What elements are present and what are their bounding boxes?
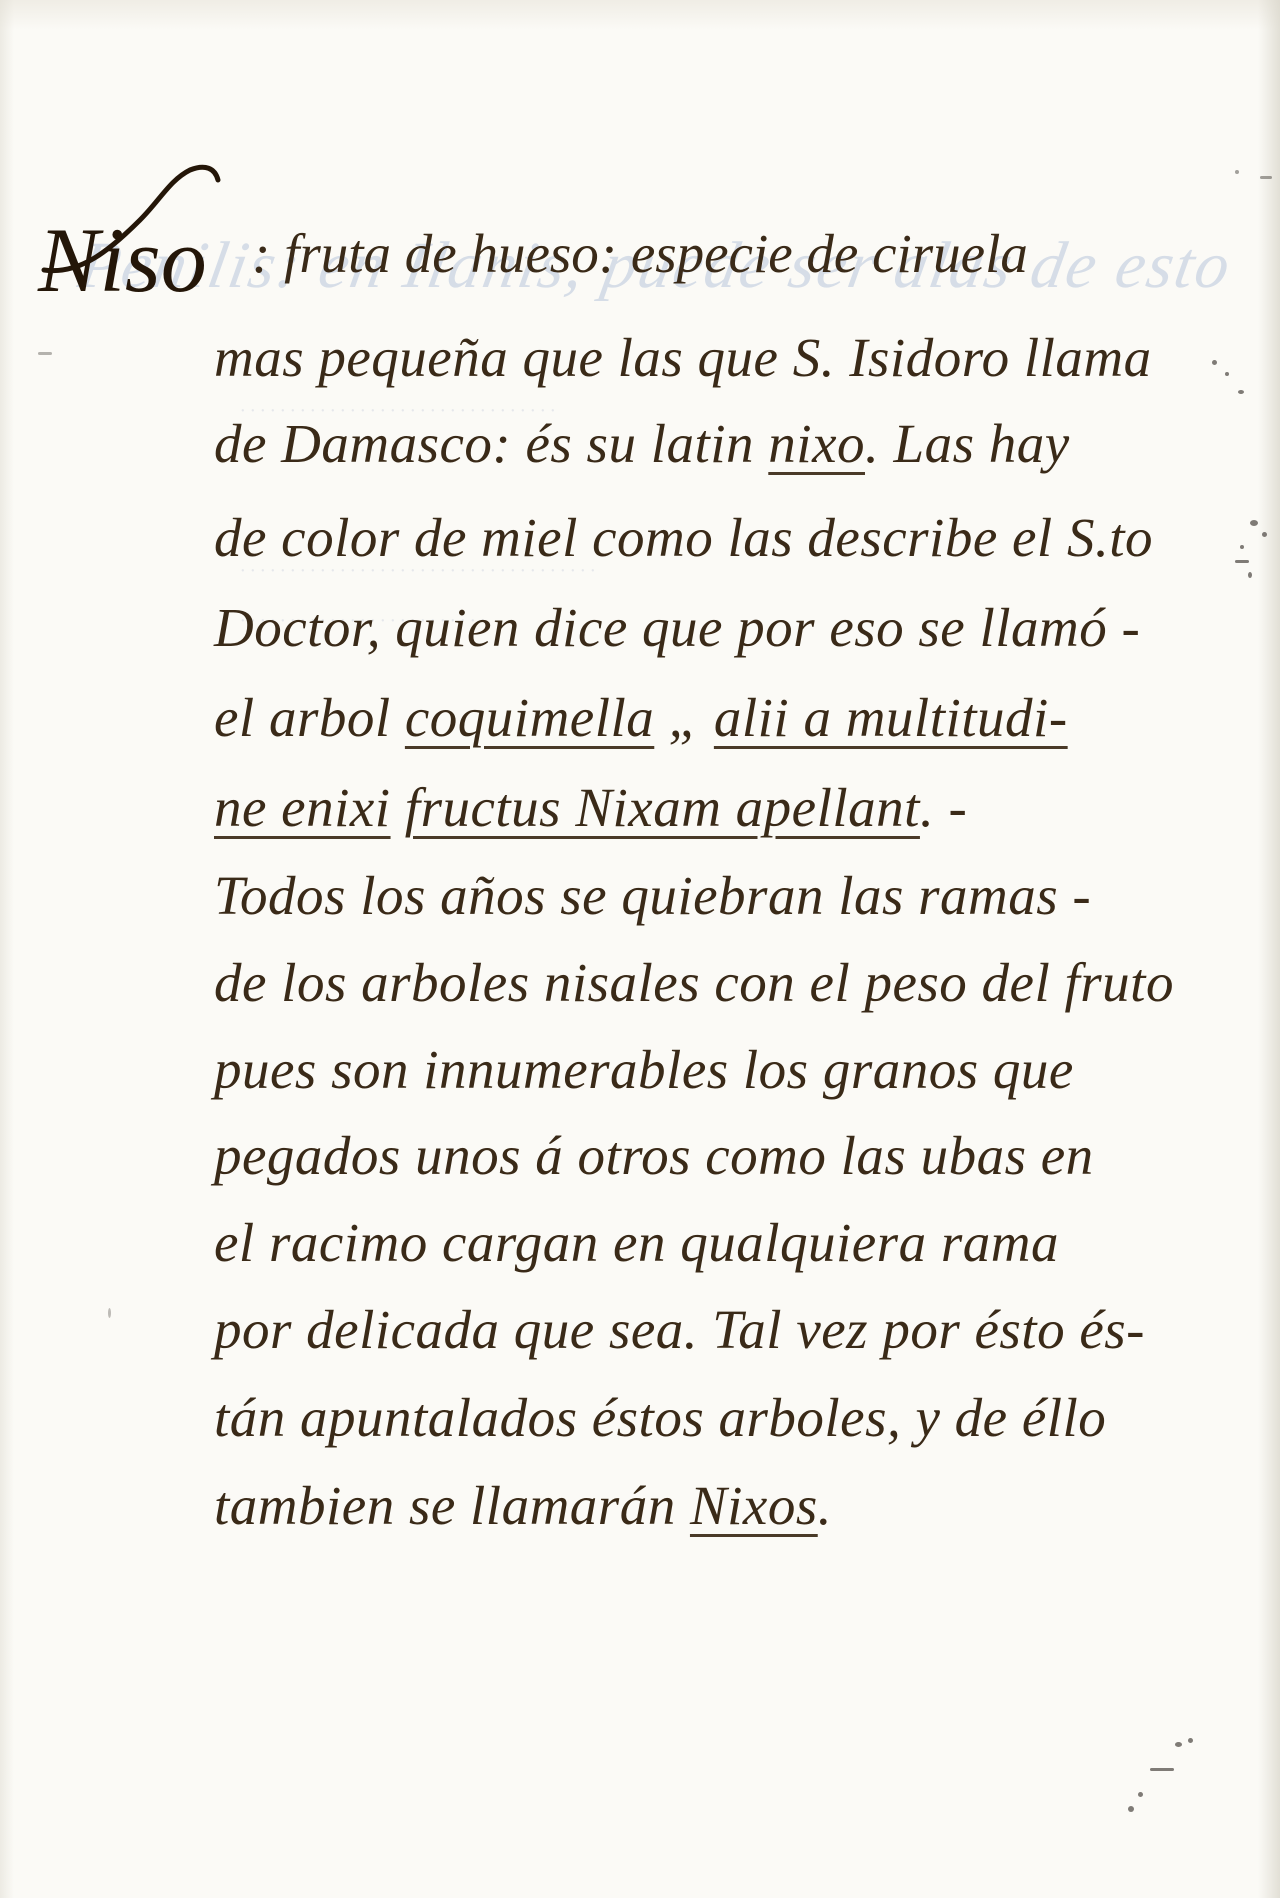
line-text: el racimo cargan en qualquiera rama [214,1212,1059,1273]
text-line-2: mas pequeña que las que S. Isidoro llama [214,330,1152,385]
ink-speck [1240,545,1244,549]
ink-speck [1128,1806,1134,1812]
underlined-latin-quote: ne enixi [214,777,391,838]
ink-speck [1138,1792,1143,1797]
text-line-6: el arbol coquimella „ alii a multitudi- [214,690,1068,745]
text-line-11: pegados unos á otros como las ubas en [214,1128,1094,1183]
ink-speck [1250,520,1258,526]
stray-ink-mark [108,1308,111,1318]
line-text: pues son innumerables los granos que [214,1039,1074,1100]
text-line-8: Todos los años se quiebran las ramas - [214,868,1091,923]
ink-speck [1260,176,1272,179]
text-line-3: de Damasco: és su latin nixo. Las hay [214,416,1070,471]
ink-speck [1248,572,1252,578]
ink-speck [1175,1742,1182,1747]
line-text: tán apuntalados éstos arboles, y de éllo [214,1387,1106,1448]
line-text: Todos los años se quiebran las ramas - [214,865,1091,926]
line-text: Doctor, quien dice que por eso se llamó … [214,597,1140,658]
text-line-14: tán apuntalados éstos arboles, y de éllo [214,1390,1106,1445]
ink-speck [1212,360,1217,365]
line-text: . Las hay [865,413,1070,474]
underlined-term: Nixos [690,1475,818,1536]
ink-speck [1262,532,1267,537]
ink-speck [1150,1768,1174,1771]
stray-ink-mark [38,352,52,355]
text-line-12: el racimo cargan en qualquiera rama [214,1215,1059,1270]
line-text: de color de miel como las describe el S.… [214,507,1153,568]
line-text: : fruta de hueso: especie de ciruela [252,223,1028,284]
line-text [391,777,405,838]
ink-speck [1235,560,1249,563]
text-line-4: de color de miel como las describe el S.… [214,510,1153,565]
manuscript-page: Penilis: en Ilanis, puede ser alas de es… [0,0,1280,1898]
line-text: . - [920,777,967,838]
text-line-13: por delicada que sea. Tal vez por ésto é… [214,1302,1145,1357]
text-line-15: tambien se llamarán Nixos. [214,1478,832,1533]
underlined-term: coquimella [405,687,654,748]
text-line-9: de los arboles nisales con el peso del f… [214,955,1174,1010]
ink-speck [1238,390,1244,394]
underlined-latin-quote: fructus Nixam apellant [405,777,920,838]
headword: Niso [38,214,207,306]
line-text: . [818,1475,832,1536]
text-line-10: pues son innumerables los granos que [214,1042,1074,1097]
line-text: por delicada que sea. Tal vez por ésto é… [214,1299,1145,1360]
text-line-7: ne enixi fructus Nixam apellant. - [214,780,967,835]
text-line-1: : fruta de hueso: especie de ciruela [252,226,1028,281]
line-text: pegados unos á otros como las ubas en [214,1125,1094,1186]
line-text: tambien se llamarán [214,1475,690,1536]
line-text: de Damasco: és su latin [214,413,768,474]
line-text: „ [654,687,714,748]
underlined-term: nixo [768,413,865,474]
ink-speck [1225,372,1229,376]
line-text: el arbol [214,687,405,748]
ink-speck [1235,170,1239,174]
line-text: mas pequeña que las que S. Isidoro llama [214,327,1152,388]
line-text: de los arboles nisales con el peso del f… [214,952,1174,1013]
underlined-latin-quote: alii a multitudi- [714,687,1068,748]
ink-speck [1188,1738,1193,1743]
text-line-5: Doctor, quien dice que por eso se llamó … [214,600,1140,655]
